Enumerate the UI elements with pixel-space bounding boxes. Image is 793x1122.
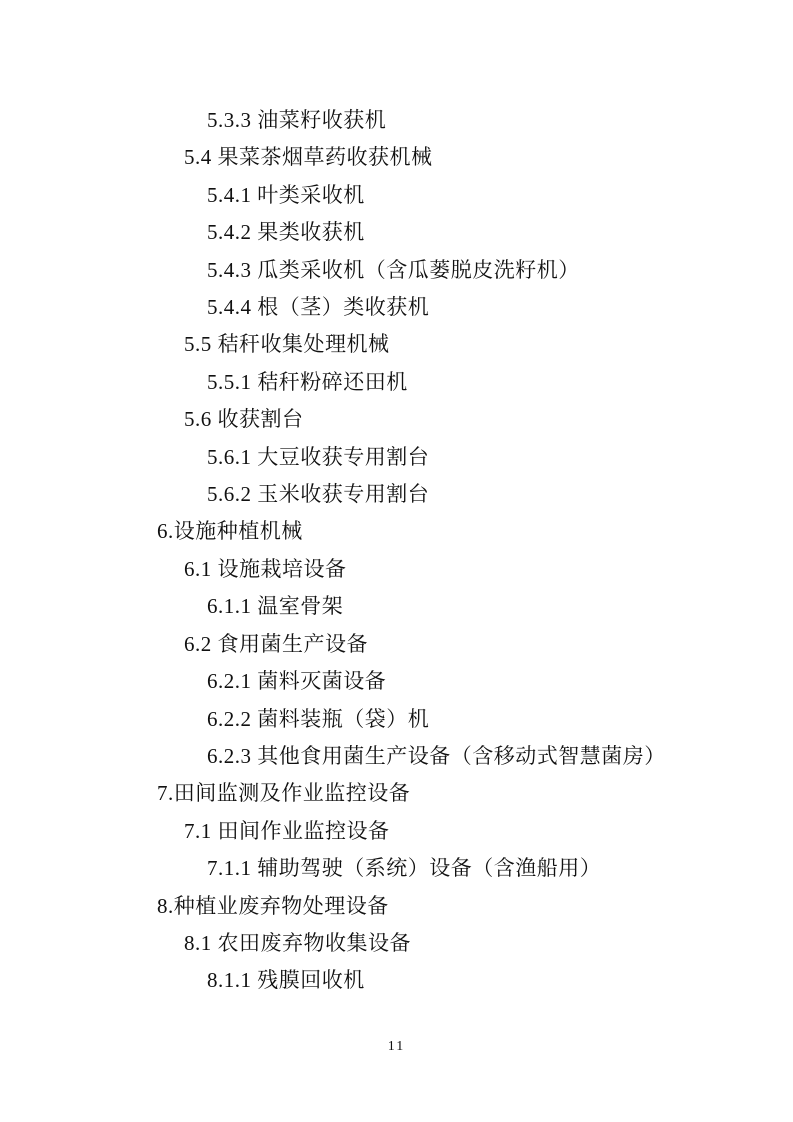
outline-list: 5.3.3 油菜籽收获机5.4 果菜茶烟草药收获机械5.4.1 叶类采收机5.4… — [0, 102, 793, 1000]
outline-item: 6.1.1 温室骨架 — [0, 588, 793, 625]
page-number: 11 — [0, 1038, 793, 1056]
outline-item: 6.1 设施栽培设备 — [0, 551, 793, 588]
outline-item: 5.4.1 叶类采收机 — [0, 177, 793, 214]
outline-item: 5.4.2 果类收获机 — [0, 214, 793, 251]
outline-item: 5.4 果菜茶烟草药收获机械 — [0, 139, 793, 176]
outline-item: 5.3.3 油菜籽收获机 — [0, 102, 793, 139]
outline-item: 5.5.1 秸秆粉碎还田机 — [0, 364, 793, 401]
outline-item: 5.4.4 根（茎）类收获机 — [0, 289, 793, 326]
document-page: 5.3.3 油菜籽收获机5.4 果菜茶烟草药收获机械5.4.1 叶类采收机5.4… — [0, 0, 793, 1122]
outline-item: 5.6 收获割台 — [0, 401, 793, 438]
outline-item: 6.设施种植机械 — [0, 513, 793, 550]
outline-item: 6.2.1 菌料灭菌设备 — [0, 663, 793, 700]
outline-item: 6.2.2 菌料装瓶（袋）机 — [0, 701, 793, 738]
outline-item: 7.田间监测及作业监控设备 — [0, 775, 793, 812]
outline-item: 5.6.2 玉米收获专用割台 — [0, 476, 793, 513]
outline-item: 6.2 食用菌生产设备 — [0, 626, 793, 663]
outline-item: 8.种植业废弃物处理设备 — [0, 888, 793, 925]
outline-item: 7.1.1 辅助驾驶（系统）设备（含渔船用） — [0, 850, 793, 887]
outline-item: 7.1 田间作业监控设备 — [0, 813, 793, 850]
outline-item: 5.4.3 瓜类采收机（含瓜蒌脱皮洗籽机） — [0, 252, 793, 289]
outline-item: 5.5 秸秆收集处理机械 — [0, 326, 793, 363]
outline-item: 5.6.1 大豆收获专用割台 — [0, 439, 793, 476]
outline-item: 8.1 农田废弃物收集设备 — [0, 925, 793, 962]
outline-item: 8.1.1 残膜回收机 — [0, 962, 793, 999]
outline-item: 6.2.3 其他食用菌生产设备（含移动式智慧菌房） — [0, 738, 793, 775]
